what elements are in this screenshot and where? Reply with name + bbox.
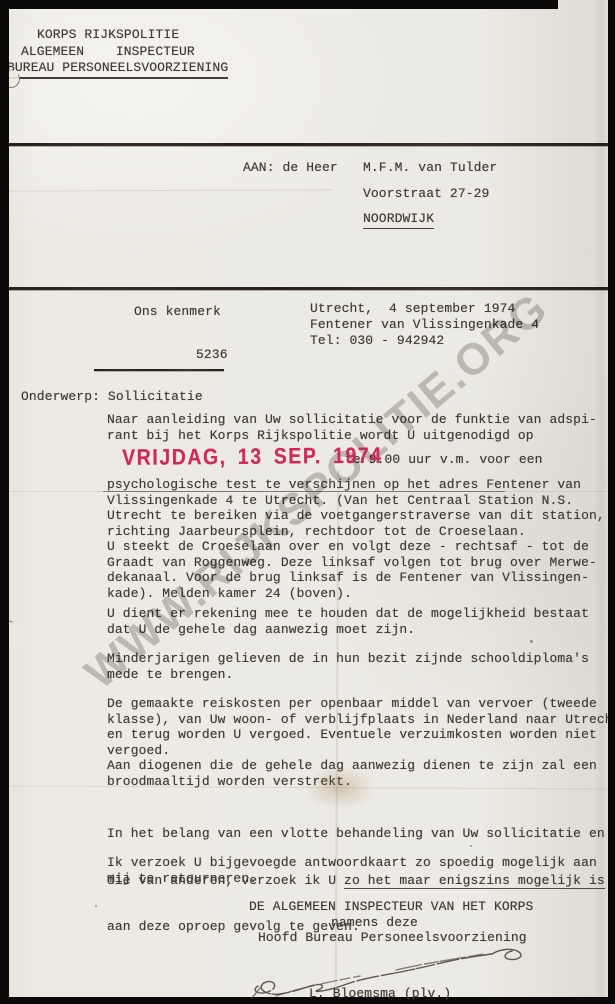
text-line: Graadt van Roggenweg. Deze linksaf volge…: [107, 555, 612, 571]
text-line: De gemaakte reiskosten per openbaar midd…: [107, 696, 615, 712]
text-line: vergoed.: [107, 743, 615, 759]
closing-namens: namens deze: [331, 915, 418, 931]
signature: [246, 936, 541, 1000]
scanned-letter: WWW.RIJKSPOLITIE.ORG KORPS RIJKSPOLITIE …: [0, 0, 615, 1004]
subject-label: Onderwerp:: [21, 389, 100, 404]
body-paragraph-4: Minderjarigen gelieven de in hun bezit z…: [107, 651, 612, 682]
paper-speck: [470, 845, 472, 847]
subject-line: Onderwerp: Sollicitatie: [21, 389, 203, 405]
paper-speck: [530, 640, 533, 643]
paper-speck: [95, 905, 97, 907]
text-line: mij te retourneren.: [107, 871, 612, 887]
closing-function: DE ALGEMEEN INSPECTEUR VAN HET KORPS: [249, 899, 533, 915]
text-line: Ik verzoek U bijgevoegde antwoordkaart z…: [107, 855, 612, 871]
reference-number: 5236: [196, 347, 228, 363]
body-paragraph-7: Ik verzoek U bijgevoegde antwoordkaart z…: [107, 855, 612, 886]
divider-rule-top: [0, 143, 615, 146]
scan-border-top: [0, 0, 558, 9]
text-line: Minderjarigen gelieven de in hun bezit z…: [107, 651, 612, 667]
recipient-city: NOORDWIJK: [363, 211, 434, 229]
scan-border-left: [0, 0, 9, 1004]
text-line: en terug worden U vergoed. Eventuele ver…: [107, 727, 615, 743]
subject-value: Sollicitatie: [108, 389, 203, 404]
recipient-name: M.F.M. van Tulder: [363, 160, 497, 176]
text-line: richting Jaarbeursplein, rechtdoor tot d…: [107, 524, 612, 540]
text-line: U steekt de Croeselaan over en volgt dez…: [107, 539, 612, 555]
letter-place-date: Utrecht, 4 september 1974: [310, 301, 515, 317]
sender-phone: Tel: 030 - 942942: [310, 333, 444, 349]
recipient-label: AAN: de Heer: [243, 160, 338, 176]
text-line: Utrecht te bereiken via de voetgangerstr…: [107, 508, 612, 524]
text-line: mede te brengen.: [107, 667, 612, 683]
text-line: klasse), van Uw woon- of verblijfplaats …: [107, 712, 615, 728]
letterhead-inspecteur: ALGEMEEN INSPECTEUR: [21, 44, 195, 60]
letterhead-corps: KORPS RIJKSPOLITIE: [37, 27, 179, 43]
reference-underline: [94, 369, 224, 371]
text-line: In het belang van een vlotte behandeling…: [107, 826, 615, 842]
date-stamp: VRIJDAG, 13 SEP. 1974: [122, 444, 383, 472]
text-line: Vlissingenkade 4 te Utrecht. (Van het Ce…: [107, 493, 612, 509]
fold-stain: [305, 765, 375, 810]
recipient-street: Voorstraat 27-29: [363, 186, 489, 202]
reference-label: Ons kenmerk: [134, 304, 221, 320]
letterhead-bureau: BUREAU PERSONEELSVOORZIENING: [7, 60, 228, 79]
scan-border-right: [608, 0, 615, 1004]
